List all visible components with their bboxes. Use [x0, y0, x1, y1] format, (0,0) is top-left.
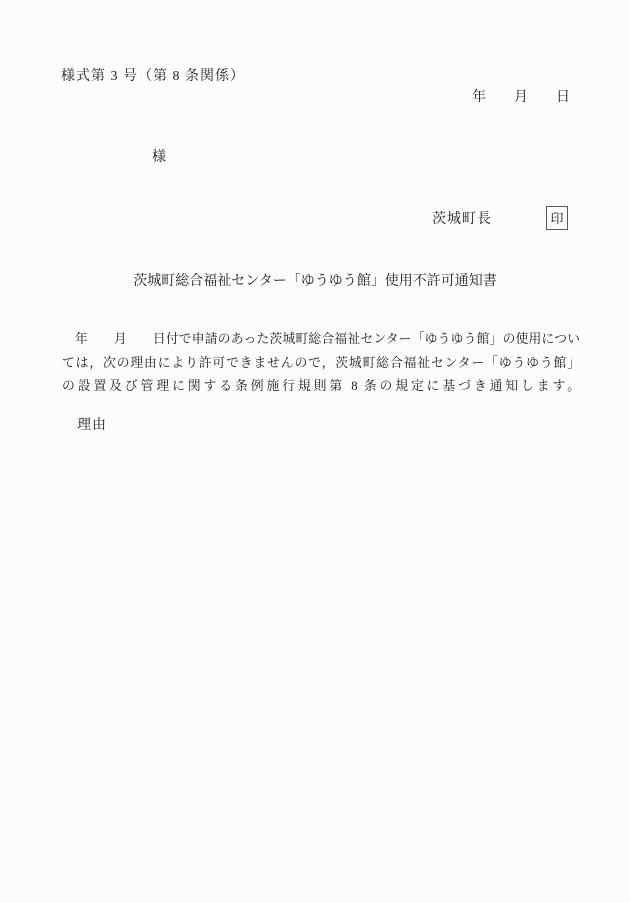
date-line: 年 月 日: [472, 86, 570, 106]
body-line: 年 月 日付で申請のあった茨城町総合福祉センター「ゆうゆう館」の使用につい: [62, 328, 580, 352]
document-title: 茨城町総合福祉センター「ゆうゆう館」使用不許可通知書: [0, 270, 630, 290]
addressee-suffix: 様: [152, 146, 166, 166]
notice-document-page: 様式第 3 号（第 8 条関係） 年 月 日 様 茨城町長 印 茨城町総合福祉セ…: [0, 0, 630, 903]
form-number: 様式第 3 号（第 8 条関係）: [61, 65, 245, 85]
reason-label: 理由: [62, 414, 107, 434]
body-line: ては，次の理由により許可できませんので，茨城町総合福祉センター「ゆうゆう館」: [62, 352, 580, 376]
body-line: の設置及び管理に関する条例施行規則第 8 条の規定に基づき通知します。: [62, 375, 580, 399]
seal-label: 印: [550, 212, 563, 225]
sender-title: 茨城町長: [432, 208, 492, 228]
body-paragraph: 年 月 日付で申請のあった茨城町総合福祉センター「ゆうゆう館」の使用につい ては…: [62, 328, 580, 399]
seal-box: 印: [546, 206, 568, 230]
